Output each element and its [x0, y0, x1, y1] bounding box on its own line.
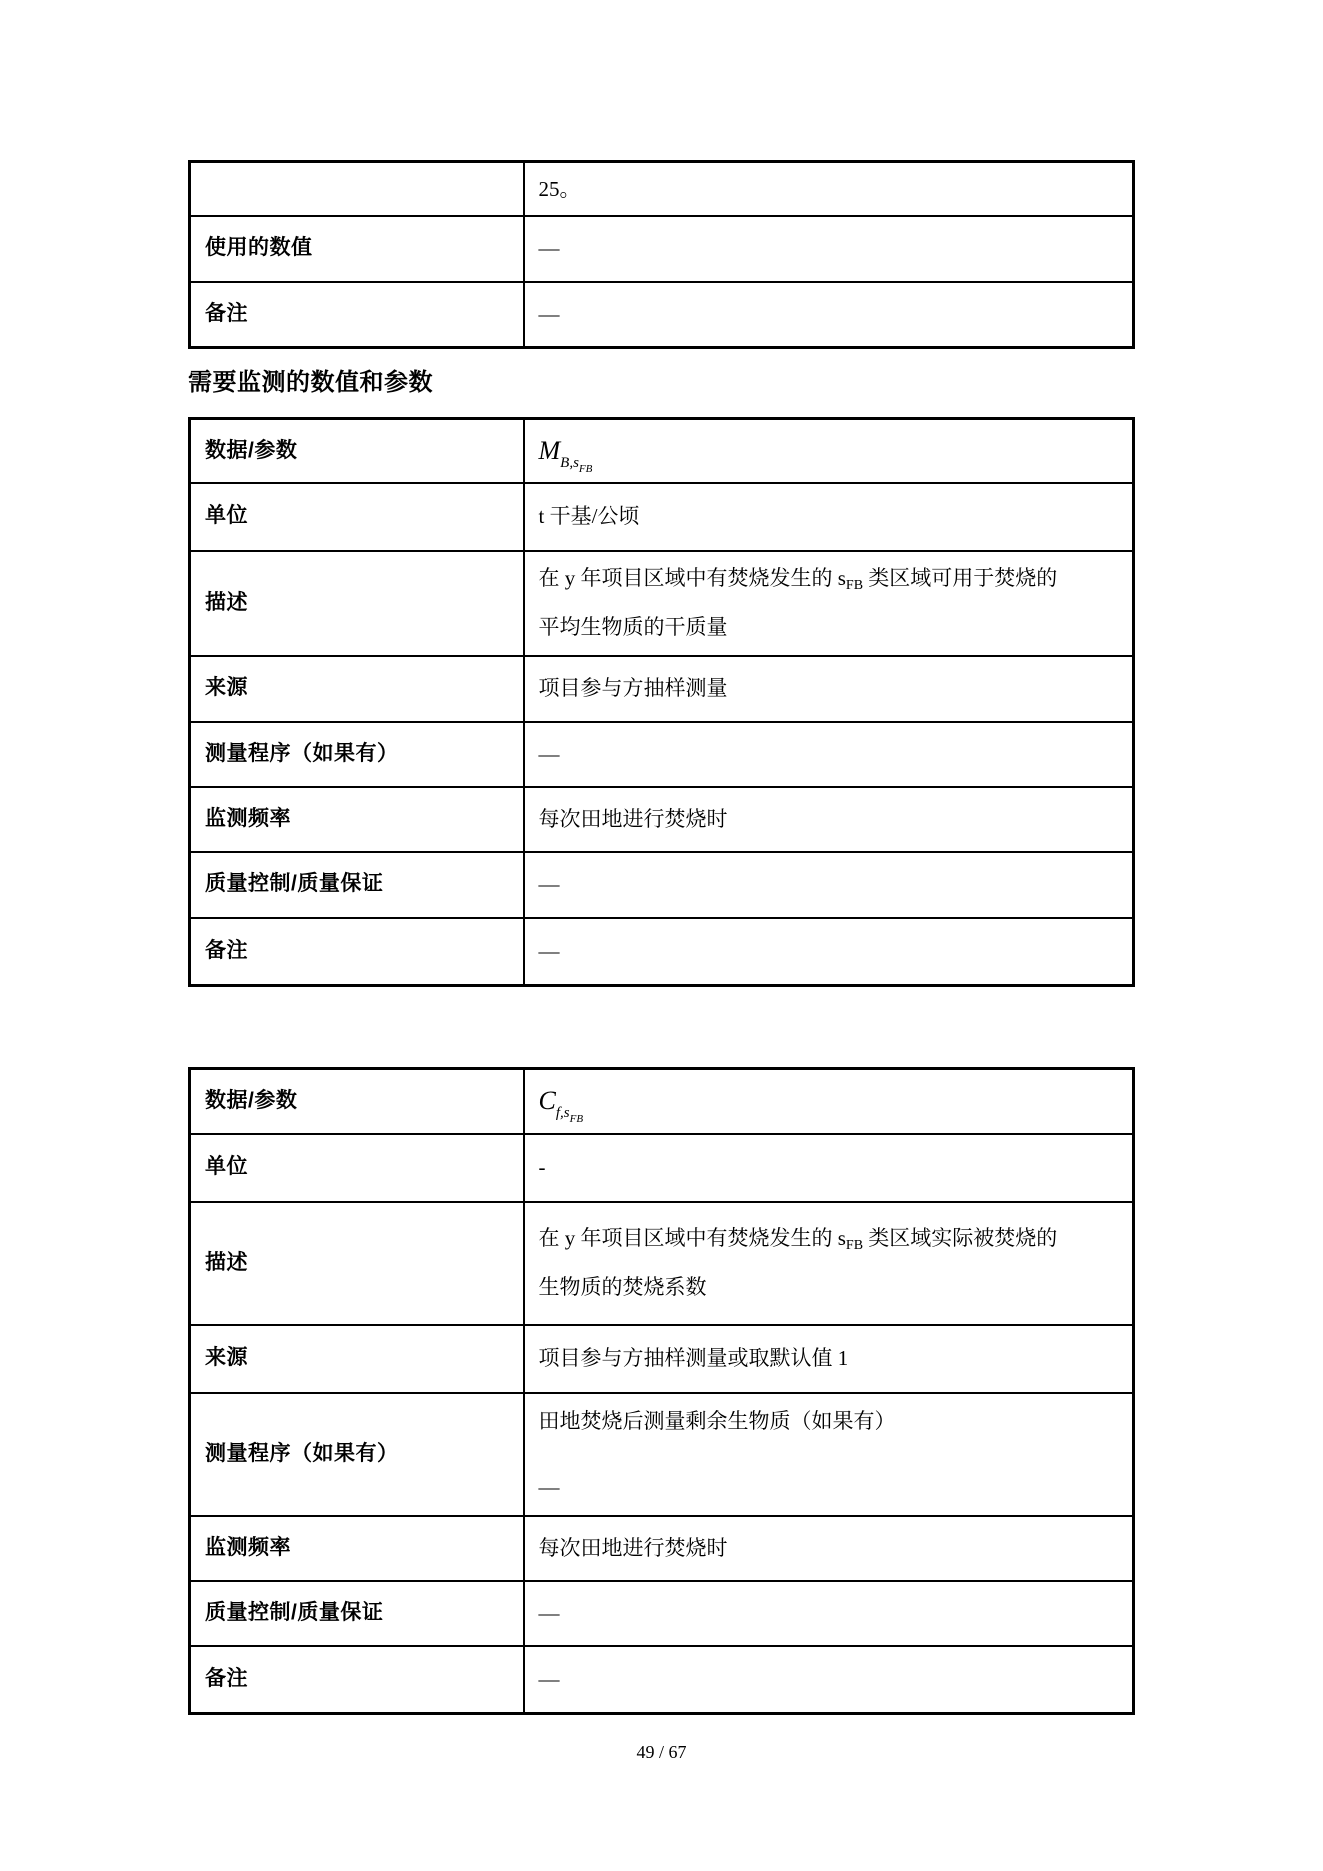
row-label: 监测频率 [190, 787, 524, 852]
row-value: 每次田地进行焚烧时 [524, 787, 1134, 852]
row-label: 测量程序（如果有） [190, 1393, 524, 1516]
continuation-table: 25。 使用的数值 — 备注 — [188, 160, 1135, 349]
parameter-table-2: 数据/参数 Cf,sFB 单位 - 描述 在 y 年项目区域中有焚烧发生的 sF… [188, 1067, 1135, 1715]
subscript: FB [846, 578, 863, 593]
row-value: — [524, 282, 1134, 348]
table-row: 来源 项目参与方抽样测量或取默认值 1 [190, 1325, 1134, 1393]
page-number: 49 / 67 [0, 1742, 1323, 1763]
subscript: FB [846, 1238, 863, 1253]
table-row: 测量程序（如果有） — [190, 722, 1134, 787]
row-value: MB,sFB [524, 419, 1134, 483]
row-value: - [524, 1134, 1134, 1202]
row-value: 田地焚烧后测量剩余生物质（如果有）— [524, 1393, 1134, 1516]
table-row: 测量程序（如果有） 田地焚烧后测量剩余生物质（如果有）— [190, 1393, 1134, 1516]
parameter-symbol: MB,sFB [539, 440, 593, 464]
table-row: 备注 — [190, 1646, 1134, 1714]
table-row: 备注 — [190, 918, 1134, 986]
table-row: 质量控制/质量保证 — [190, 852, 1134, 918]
row-value: t 干基/公顷 [524, 483, 1134, 551]
row-value: — [524, 918, 1134, 986]
row-value: — [524, 216, 1134, 282]
row-label: 质量控制/质量保证 [190, 852, 524, 918]
row-label: 单位 [190, 1134, 524, 1202]
row-value: — [524, 1581, 1134, 1646]
row-value: 25。 [524, 162, 1134, 216]
row-value: Cf,sFB [524, 1069, 1134, 1134]
row-label: 来源 [190, 656, 524, 722]
row-label: 数据/参数 [190, 1069, 524, 1134]
table-row: 质量控制/质量保证 — [190, 1581, 1134, 1646]
table-row: 监测频率 每次田地进行焚烧时 [190, 1516, 1134, 1581]
row-label: 监测频率 [190, 1516, 524, 1581]
document-page: 25。 使用的数值 — 备注 — 需要监测的数值和参数 数据/参数 MB,sFB… [0, 0, 1323, 1871]
row-label: 单位 [190, 483, 524, 551]
row-value: 在 y 年项目区域中有焚烧发生的 sFB 类区域可用于焚烧的平均生物质的干质量 [524, 551, 1134, 656]
row-value: — [524, 1646, 1134, 1714]
row-label: 使用的数值 [190, 216, 524, 282]
table-row: 数据/参数 Cf,sFB [190, 1069, 1134, 1134]
row-label: 备注 [190, 282, 524, 348]
row-value: — [524, 852, 1134, 918]
row-value: 在 y 年项目区域中有焚烧发生的 sFB 类区域实际被焚烧的生物质的焚烧系数 [524, 1202, 1134, 1325]
table-row: 单位 t 干基/公顷 [190, 483, 1134, 551]
table-row: 来源 项目参与方抽样测量 [190, 656, 1134, 722]
table-row: 25。 [190, 162, 1134, 216]
table-row: 描述 在 y 年项目区域中有焚烧发生的 sFB 类区域实际被焚烧的生物质的焚烧系… [190, 1202, 1134, 1325]
row-label [190, 162, 524, 216]
section-heading: 需要监测的数值和参数 [188, 362, 433, 397]
parameter-table-1: 数据/参数 MB,sFB 单位 t 干基/公顷 描述 在 y 年项目区域中有焚烧… [188, 417, 1135, 987]
table-row: 备注 — [190, 282, 1134, 348]
row-label: 描述 [190, 1202, 524, 1325]
parameter-symbol: Cf,sFB [539, 1090, 584, 1114]
row-label: 质量控制/质量保证 [190, 1581, 524, 1646]
row-label: 描述 [190, 551, 524, 656]
table-row: 描述 在 y 年项目区域中有焚烧发生的 sFB 类区域可用于焚烧的平均生物质的干… [190, 551, 1134, 656]
row-label: 来源 [190, 1325, 524, 1393]
table-row: 单位 - [190, 1134, 1134, 1202]
table-row: 数据/参数 MB,sFB [190, 419, 1134, 483]
row-value: 每次田地进行焚烧时 [524, 1516, 1134, 1581]
table-row: 使用的数值 — [190, 216, 1134, 282]
row-value: 项目参与方抽样测量或取默认值 1 [524, 1325, 1134, 1393]
row-value: — [524, 722, 1134, 787]
row-label: 数据/参数 [190, 419, 524, 483]
row-value: 项目参与方抽样测量 [524, 656, 1134, 722]
row-label: 测量程序（如果有） [190, 722, 524, 787]
row-label: 备注 [190, 1646, 524, 1714]
row-label: 备注 [190, 918, 524, 986]
table-row: 监测频率 每次田地进行焚烧时 [190, 787, 1134, 852]
